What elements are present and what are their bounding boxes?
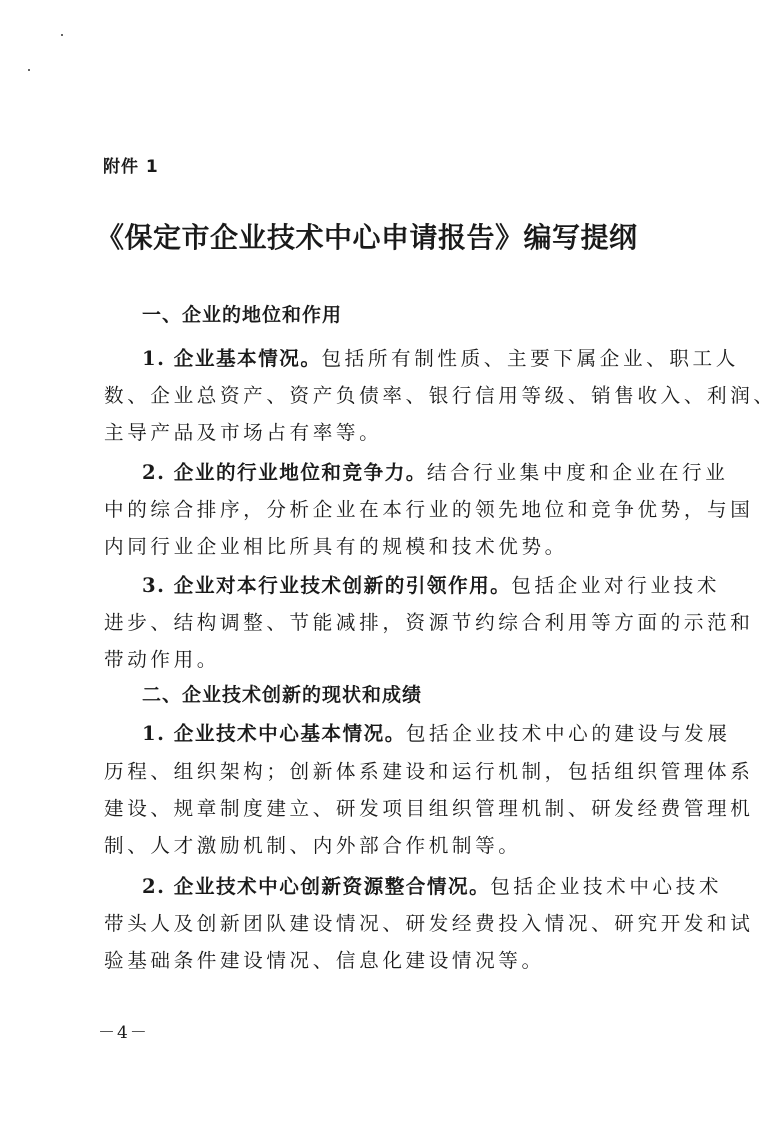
item-lead: 3. 企业对本行业技术创新的引领作用。 bbox=[142, 574, 511, 597]
paragraph-line: 3. 企业对本行业技术创新的引领作用。包括企业对行业技术 bbox=[142, 569, 688, 598]
paragraph-line: 1. 企业技术中心基本情况。包括企业技术中心的建设与发展 bbox=[142, 717, 688, 746]
paragraph-line: 内同行业企业相比所具有的规模和技术优势。 bbox=[104, 530, 688, 559]
paragraph-line: 带动作用。 bbox=[104, 643, 688, 672]
scan-speck bbox=[61, 34, 63, 36]
paragraph-line: 建设、规章制度建立、研发项目组织管理机制、研发经费管理机 bbox=[104, 792, 688, 821]
paragraph-line: 历程、组织架构；创新体系建设和运行机制，包括组织管理体系 bbox=[104, 755, 688, 784]
item-text: 包括所有制性质、主要下属企业、职工人 bbox=[321, 347, 739, 370]
section-heading-1: 一、企业的地位和作用 bbox=[142, 300, 342, 327]
item-text: 包括企业技术中心技术 bbox=[490, 875, 722, 898]
paragraph-line: 2. 企业技术中心创新资源整合情况。包括企业技术中心技术 bbox=[142, 870, 688, 899]
item-lead: 1. 企业基本情况。 bbox=[142, 347, 321, 370]
paragraph-line: 1. 企业基本情况。包括所有制性质、主要下属企业、职工人 bbox=[142, 342, 688, 371]
scan-speck bbox=[28, 69, 30, 71]
item-text: 包括企业对行业技术 bbox=[511, 574, 720, 597]
paragraph-line: 进步、结构调整、节能减排，资源节约综合利用等方面的示范和 bbox=[104, 606, 688, 635]
paragraph-line: 中的综合排序，分析企业在本行业的领先地位和竞争优势，与国 bbox=[104, 493, 688, 522]
item-lead: 1. 企业技术中心基本情况。 bbox=[142, 722, 406, 745]
section-heading-2: 二、企业技术创新的现状和成绩 bbox=[142, 680, 422, 707]
paragraph-line: 验基础条件建设情况、信息化建设情况等。 bbox=[104, 944, 688, 973]
item-lead: 2. 企业技术中心创新资源整合情况。 bbox=[142, 875, 490, 898]
item-text: 结合行业集中度和企业在行业 bbox=[427, 461, 729, 484]
page-number: －4－ bbox=[98, 1018, 149, 1043]
document-title: 《保定市企业技术中心申请报告》编写提纲 bbox=[96, 216, 696, 256]
paragraph-line: 数、企业总资产、资产负债率、银行信用等级、销售收入、利润、 bbox=[104, 379, 688, 408]
paragraph-line: 2. 企业的行业地位和竞争力。结合行业集中度和企业在行业 bbox=[142, 456, 688, 485]
paragraph-line: 带头人及创新团队建设情况、研发经费投入情况、研究开发和试 bbox=[104, 907, 688, 936]
paragraph-line: 主导产品及市场占有率等。 bbox=[104, 416, 688, 445]
paragraph-line: 制、人才激励机制、内外部合作机制等。 bbox=[104, 829, 688, 858]
attachment-label: 附件 1 bbox=[103, 152, 159, 177]
item-lead: 2. 企业的行业地位和竞争力。 bbox=[142, 461, 427, 484]
item-text: 包括企业技术中心的建设与发展 bbox=[406, 722, 731, 745]
